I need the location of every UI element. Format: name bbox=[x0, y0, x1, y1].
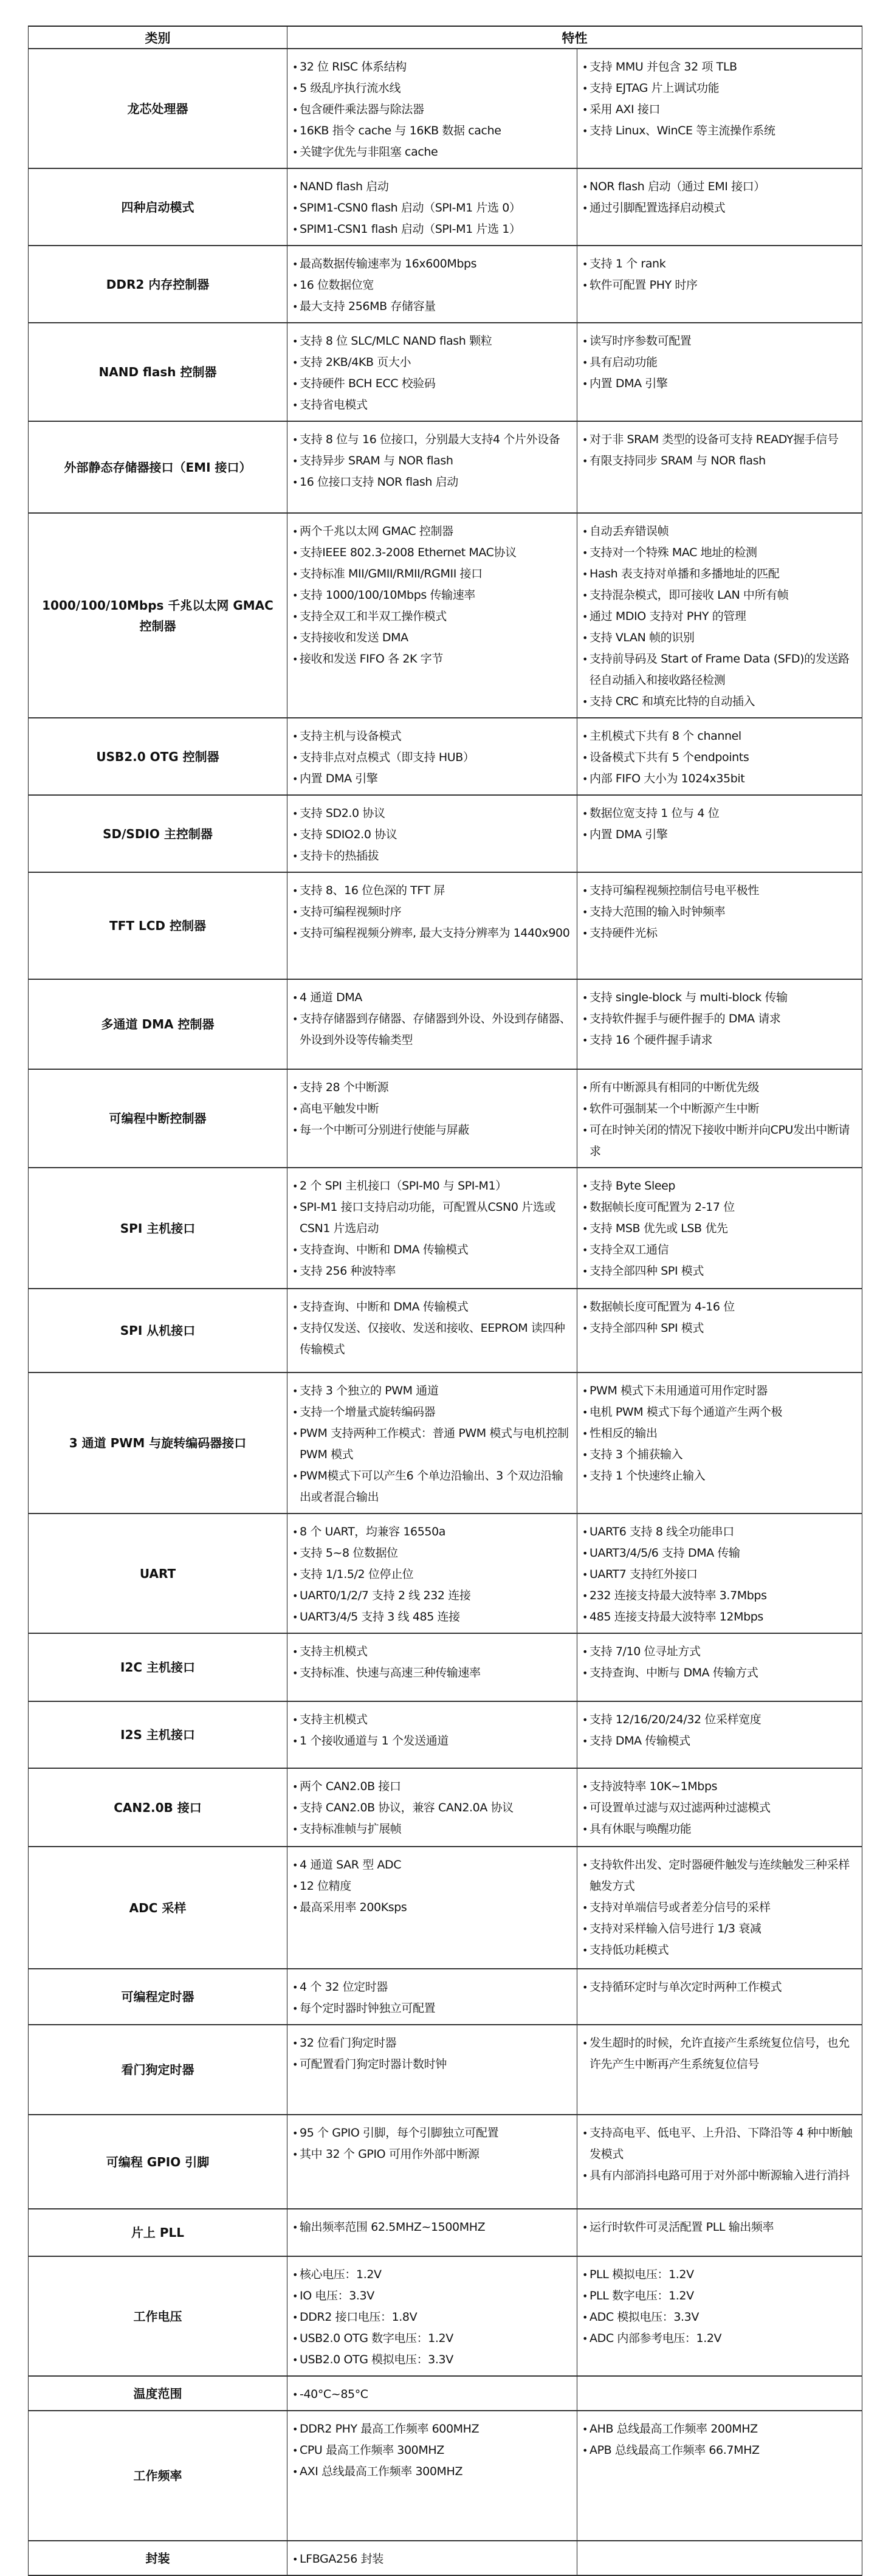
feature-item: 支持 VLAN 帧的识别 bbox=[582, 627, 858, 649]
feature-item: UART0/1/2/7 支持 2 线 232 连接 bbox=[292, 1585, 573, 1607]
feature-list-left: 支持 8 位 SLC/MLC NAND flash 颗粒支持 2KB/4KB 页… bbox=[292, 331, 573, 416]
feature-item: DDR2 PHY 最高工作频率 600MHZ bbox=[292, 2419, 573, 2440]
features-right-cell: 支持波特率 10K~1Mbps可设置单过滤与双过滤两种过滤模式具有休眠与唤醒功能 bbox=[577, 1768, 862, 1847]
feature-item: 支持 DMA 传输模式 bbox=[582, 1731, 858, 1752]
feature-item: 4 通道 DMA bbox=[292, 987, 573, 1008]
feature-list-right: 对于非 SRAM 类型的设备可支持 READY握手信号有限支持同步 SRAM 与… bbox=[582, 429, 858, 472]
features-right-cell: NOR flash 启动（通过 EMI 接口）通过引脚配置选择启动模式 bbox=[577, 168, 862, 246]
feature-item: 支持 7/10 位寻址方式 bbox=[582, 1641, 858, 1662]
features-left-cell: LFBGA256 封装 bbox=[287, 2541, 577, 2575]
feature-item: 支持省电模式 bbox=[292, 394, 573, 416]
feature-item: LFBGA256 封装 bbox=[292, 2549, 573, 2570]
feature-list-left: 支持主机模式1 个接收通道与 1 个发送通道 bbox=[292, 1709, 573, 1752]
feature-item: 内置 DMA 引擎 bbox=[292, 768, 573, 790]
table-row: 工作频率 DDR2 PHY 最高工作频率 600MHZCPU 最高工作频率 30… bbox=[29, 2411, 862, 2541]
feature-item: 支持可编程视频时序 bbox=[292, 901, 573, 923]
feature-list-left: 支持主机模式支持标准、快速与高速三种传输速率 bbox=[292, 1641, 573, 1684]
feature-list-left: 支持主机与设备模式支持非点对点模式（即支持 HUB）内置 DMA 引擎 bbox=[292, 726, 573, 790]
feature-list-right: 所有中断源具有相同的中断优先级软件可强制某一个中断源产生中断可在时钟关闭的情况下… bbox=[582, 1077, 858, 1162]
features-left-cell: 支持 28 个中断源高电平触发中断每一个中断可分别进行使能与屏蔽 bbox=[287, 1069, 577, 1168]
feature-list-left: DDR2 PHY 最高工作频率 600MHZCPU 最高工作频率 300MHZA… bbox=[292, 2419, 573, 2482]
feature-item: AHB 总线最高工作频率 200MHZ bbox=[582, 2419, 858, 2440]
feature-item: 采用 AXI 接口 bbox=[582, 99, 858, 120]
feature-item: 支持 MSB 优先或 LSB 优先 bbox=[582, 1218, 858, 1239]
feature-item: 95 个 GPIO 引脚，每个引脚独立可配置 bbox=[292, 2123, 573, 2144]
feature-item: 支持软件握手与硬件握手的 DMA 请求 bbox=[582, 1008, 858, 1030]
feature-item: 232 连接支持最大波特率 3.7Mbps bbox=[582, 1585, 858, 1607]
feature-item: 支持 2KB/4KB 页大小 bbox=[292, 352, 573, 373]
table-row: 可编程定时器 4 个 32 位定时器每个定时器时钟独立可配置 支持循环定时与单次… bbox=[29, 1969, 862, 2025]
header-row: 类别 特性 bbox=[29, 26, 862, 49]
table-row: CAN2.0B 接口 两个 CAN2.0B 接口支持 CAN2.0B 协议，兼容… bbox=[29, 1768, 862, 1847]
feature-list-right: 数据位宽支持 1 位与 4 位内置 DMA 引擎 bbox=[582, 803, 858, 845]
feature-item: PWM模式下可以产生6 个单边沿输出、3 个双边沿输出或者混合输出 bbox=[292, 1465, 573, 1508]
feature-item: 所有中断源具有相同的中断优先级 bbox=[582, 1077, 858, 1098]
feature-item: 支持标准 MII/GMII/RMII/RGMII 接口 bbox=[292, 563, 573, 585]
feature-list-right: 支持 MMU 并包含 32 项 TLB支持 EJTAG 片上调试功能采用 AXI… bbox=[582, 57, 858, 142]
category-cell: 3 通道 PWM 与旋转编码器接口 bbox=[29, 1372, 287, 1514]
feature-list-left: 4 通道 DMA支持存储器到存储器、存储器到外设、外设到存储器、外设到外设等传输… bbox=[292, 987, 573, 1051]
category-cell: NAND flash 控制器 bbox=[29, 323, 287, 421]
feature-item: AXI 总线最高工作频率 300MHZ bbox=[292, 2461, 573, 2482]
feature-item: 内置 DMA 引擎 bbox=[582, 824, 858, 845]
feature-item: 支持低功耗模式 bbox=[582, 1940, 858, 1961]
features-left-cell: NAND flash 启动SPIM1-CSN0 flash 启动（SPI-M1 … bbox=[287, 168, 577, 246]
feature-item: 支持硬件 BCH ECC 校验码 bbox=[292, 373, 573, 394]
feature-item: 支持对一个特殊 MAC 地址的检测 bbox=[582, 542, 858, 563]
features-right-cell: AHB 总线最高工作频率 200MHZAPB 总线最高工作频率 66.7MHZ bbox=[577, 2411, 862, 2541]
feature-item: 通过 MDIO 支持对 PHY 的管理 bbox=[582, 606, 858, 627]
feature-list-left: 最高数据传输速率为 16x600Mbps16 位数据位宽最大支持 256MB 存… bbox=[292, 253, 573, 317]
table-row: NAND flash 控制器 支持 8 位 SLC/MLC NAND flash… bbox=[29, 323, 862, 421]
features-left-cell: 输出频率范围 62.5MHZ~1500MHZ bbox=[287, 2209, 577, 2256]
feature-item: 电机 PWM 模式下每个通道产生两个极 bbox=[582, 1402, 858, 1423]
feature-item: 可配置看门狗定时器计数时钟 bbox=[292, 2054, 573, 2075]
features-right-cell: PLL 模拟电压：1.2VPLL 数字电压：1.2VADC 模拟电压：3.3VA… bbox=[577, 2256, 862, 2376]
feature-item: 支持大范围的输入时钟频率 bbox=[582, 901, 858, 923]
features-left-cell: 支持主机与设备模式支持非点对点模式（即支持 HUB）内置 DMA 引擎 bbox=[287, 718, 577, 795]
feature-list-left: 支持 8、16 位色深的 TFT 屏支持可编程视频时序支持可编程视频分辨率, 最… bbox=[292, 880, 573, 944]
category-cell: CAN2.0B 接口 bbox=[29, 1768, 287, 1847]
feature-list-left: -40°C~85°C bbox=[292, 2384, 573, 2405]
feature-item: 支持可编程视频分辨率, 最大支持分辨率为 1440x900 bbox=[292, 923, 573, 944]
feature-item: 内置 DMA 引擎 bbox=[582, 373, 858, 394]
category-cell: 多通道 DMA 控制器 bbox=[29, 979, 287, 1069]
feature-item: 最大支持 256MB 存储容量 bbox=[292, 296, 573, 317]
feature-item: 支持 SDIO2.0 协议 bbox=[292, 824, 573, 845]
header-features: 特性 bbox=[287, 26, 862, 49]
category-cell: I2C 主机接口 bbox=[29, 1633, 287, 1701]
table-row: USB2.0 OTG 控制器 支持主机与设备模式支持非点对点模式（即支持 HUB… bbox=[29, 718, 862, 795]
feature-item: 支持 8 位 SLC/MLC NAND flash 颗粒 bbox=[292, 331, 573, 352]
features-left-cell: 32 位 RISC 体系结构5 级乱序执行流水线包含硬件乘法器与除法器16KB … bbox=[287, 49, 577, 168]
feature-item: SPI-M1 接口支持启动功能，可配置从CSN0 片选或 CSN1 片选启动 bbox=[292, 1197, 573, 1239]
category-cell: 龙芯处理器 bbox=[29, 49, 287, 168]
feature-list-left: 输出频率范围 62.5MHZ~1500MHZ bbox=[292, 2217, 573, 2238]
feature-item: 支持查询、中断与 DMA 传输方式 bbox=[582, 1662, 858, 1684]
feature-item: 支持主机与设备模式 bbox=[292, 726, 573, 747]
feature-list-right: 支持循环定时与单次定时两种工作模式 bbox=[582, 1977, 858, 1998]
feature-item: 支持对采样输入信号进行 1/3 衰减 bbox=[582, 1918, 858, 1940]
feature-list-right: 支持 Byte Sleep数据帧长度可配置为 2-17 位支持 MSB 优先或 … bbox=[582, 1176, 858, 1282]
table-row: 多通道 DMA 控制器 4 通道 DMA支持存储器到存储器、存储器到外设、外设到… bbox=[29, 979, 862, 1069]
category-cell: SPI 从机接口 bbox=[29, 1289, 287, 1372]
table-row: 工作电压 核心电压：1.2VIO 电压：3.3VDDR2 接口电压：1.8VUS… bbox=[29, 2256, 862, 2376]
feature-item: USB2.0 OTG 数字电压：1.2V bbox=[292, 2328, 573, 2349]
feature-list-right: 支持 12/16/20/24/32 位采样宽度支持 DMA 传输模式 bbox=[582, 1709, 858, 1752]
feature-item: -40°C~85°C bbox=[292, 2384, 573, 2405]
features-left-cell: 两个 CAN2.0B 接口支持 CAN2.0B 协议，兼容 CAN2.0A 协议… bbox=[287, 1768, 577, 1847]
features-right-cell: 支持 12/16/20/24/32 位采样宽度支持 DMA 传输模式 bbox=[577, 1701, 862, 1768]
feature-item: 支持 CAN2.0B 协议，兼容 CAN2.0A 协议 bbox=[292, 1797, 573, 1819]
feature-item: 支持 CRC 和填充比特的自动插入 bbox=[582, 691, 858, 712]
features-right-cell: 发生超时的时候，允许直接产生系统复位信号，也允许先产生中断再产生系统复位信号 bbox=[577, 2025, 862, 2115]
feature-item: 可在时钟关闭的情况下接收中断并向CPU发出中断请求 bbox=[582, 1120, 858, 1162]
feature-item: 支持循环定时与单次定时两种工作模式 bbox=[582, 1977, 858, 1998]
feature-item: 支持接收和发送 DMA bbox=[292, 627, 573, 649]
feature-item: 关键字优先与非阻塞 cache bbox=[292, 142, 573, 163]
features-left-cell: 支持 3 个独立的 PWM 通道支持一个增量式旋转编码器PWM 支持两种工作模式… bbox=[287, 1372, 577, 1514]
feature-item: ADC 内部参考电压：1.2V bbox=[582, 2328, 858, 2349]
feature-list-left: 支持查询、中断和 DMA 传输模式支持仅发送、仅接收、发送和接收、EEPROM … bbox=[292, 1297, 573, 1360]
features-left-cell: 支持 8、16 位色深的 TFT 屏支持可编程视频时序支持可编程视频分辨率, 最… bbox=[287, 872, 577, 979]
features-left-cell: 支持查询、中断和 DMA 传输模式支持仅发送、仅接收、发送和接收、EEPROM … bbox=[287, 1289, 577, 1372]
features-left-cell: 支持主机模式支持标准、快速与高速三种传输速率 bbox=[287, 1633, 577, 1701]
table-row: UART 8 个 UART，均兼容 16550a支持 5~8 位数据位支持 1/… bbox=[29, 1514, 862, 1633]
feature-list-right: 发生超时的时候，允许直接产生系统复位信号，也允许先产生中断再产生系统复位信号 bbox=[582, 2033, 858, 2075]
features-left-cell: 支持 SD2.0 协议支持 SDIO2.0 协议支持卡的热插拔 bbox=[287, 795, 577, 872]
feature-item: 支持前导码及 Start of Frame Data (SFD)的发送路径自动插… bbox=[582, 649, 858, 691]
table-row: 可编程中断控制器 支持 28 个中断源高电平触发中断每一个中断可分别进行使能与屏… bbox=[29, 1069, 862, 1168]
category-cell: 片上 PLL bbox=[29, 2209, 287, 2256]
feature-item: APB 总线最高工作频率 66.7MHZ bbox=[582, 2440, 858, 2461]
table-row: 3 通道 PWM 与旋转编码器接口 支持 3 个独立的 PWM 通道支持一个增量… bbox=[29, 1372, 862, 1514]
feature-item: 32 位看门狗定时器 bbox=[292, 2033, 573, 2054]
feature-list-left: 4 个 32 位定时器每个定时器时钟独立可配置 bbox=[292, 1977, 573, 2019]
feature-item: 4 个 32 位定时器 bbox=[292, 1977, 573, 1998]
feature-item: 内部 FIFO 大小为 1024x35bit bbox=[582, 768, 858, 790]
category-cell: TFT LCD 控制器 bbox=[29, 872, 287, 979]
category-cell: I2S 主机接口 bbox=[29, 1701, 287, 1768]
feature-item: 读写时序参数可配置 bbox=[582, 331, 858, 352]
features-right-cell: 读写时序参数可配置具有启动功能内置 DMA 引擎 bbox=[577, 323, 862, 421]
feature-item: NOR flash 启动（通过 EMI 接口） bbox=[582, 176, 858, 198]
feature-item: 支持全部四种 SPI 模式 bbox=[582, 1318, 858, 1339]
feature-item: 有限支持同步 SRAM 与 NOR flash bbox=[582, 450, 858, 472]
category-cell: SPI 主机接口 bbox=[29, 1168, 287, 1289]
feature-list-right: PLL 模拟电压：1.2VPLL 数字电压：1.2VADC 模拟电压：3.3VA… bbox=[582, 2264, 858, 2349]
feature-item: IO 电压：3.3V bbox=[292, 2285, 573, 2307]
feature-item: ADC 模拟电压：3.3V bbox=[582, 2307, 858, 2328]
feature-item: PWM 模式下未用通道可用作定时器 bbox=[582, 1380, 858, 1402]
feature-list-left: 32 位 RISC 体系结构5 级乱序执行流水线包含硬件乘法器与除法器16KB … bbox=[292, 57, 573, 163]
feature-item: 支持 3 个独立的 PWM 通道 bbox=[292, 1380, 573, 1402]
feature-list-left: LFBGA256 封装 bbox=[292, 2549, 573, 2570]
feature-item: 具有启动功能 bbox=[582, 352, 858, 373]
spec-sheet: 类别 特性 龙芯处理器 32 位 RISC 体系结构5 级乱序执行流水线包含硬件… bbox=[28, 26, 862, 2576]
feature-item: 包含硬件乘法器与除法器 bbox=[292, 99, 573, 120]
features-right-cell: 数据帧长度可配置为 4-16 位支持全部四种 SPI 模式 bbox=[577, 1289, 862, 1372]
table-row: 外部静态存储器接口（EMI 接口） 支持 8 位与 16 位接口，分别最大支持4… bbox=[29, 421, 862, 513]
feature-item: 支持 8 位与 16 位接口，分别最大支持4 个片外设备 bbox=[292, 429, 573, 450]
feature-item: 支持一个增量式旋转编码器 bbox=[292, 1402, 573, 1423]
feature-list-right: 运行时软件可灵活配置 PLL 输出频率 bbox=[582, 2217, 858, 2238]
table-row: SPI 主机接口 2 个 SPI 主机接口（SPI-M0 与 SPI-M1）SP… bbox=[29, 1168, 862, 1289]
feature-item: 最高数据传输速率为 16x600Mbps bbox=[292, 253, 573, 275]
table-row: I2S 主机接口 支持主机模式1 个接收通道与 1 个发送通道 支持 12/16… bbox=[29, 1701, 862, 1768]
feature-item: 支持 1 个快速终止输入 bbox=[582, 1465, 858, 1487]
feature-item: 支持 1 个 rank bbox=[582, 253, 858, 275]
feature-list-left: 8 个 UART，均兼容 16550a支持 5~8 位数据位支持 1/1.5/2… bbox=[292, 1521, 573, 1628]
feature-list-left: 32 位看门狗定时器可配置看门狗定时器计数时钟 bbox=[292, 2033, 573, 2075]
features-left-cell: 4 通道 DMA支持存储器到存储器、存储器到外设、外设到存储器、外设到外设等传输… bbox=[287, 979, 577, 1069]
table-row: 龙芯处理器 32 位 RISC 体系结构5 级乱序执行流水线包含硬件乘法器与除法… bbox=[29, 49, 862, 168]
feature-item: 支持全双工和半双工操作模式 bbox=[292, 606, 573, 627]
features-left-cell: DDR2 PHY 最高工作频率 600MHZCPU 最高工作频率 300MHZA… bbox=[287, 2411, 577, 2541]
feature-item: UART6 支持 8 线全功能串口 bbox=[582, 1521, 858, 1543]
feature-list-right: PWM 模式下未用通道可用作定时器电机 PWM 模式下每个通道产生两个极性相反的… bbox=[582, 1380, 858, 1487]
feature-list-left: 支持 28 个中断源高电平触发中断每一个中断可分别进行使能与屏蔽 bbox=[292, 1077, 573, 1141]
table-row: 封装 LFBGA256 封装 bbox=[29, 2541, 862, 2575]
feature-list-right: UART6 支持 8 线全功能串口UART3/4/5/6 支持 DMA 传输UA… bbox=[582, 1521, 858, 1628]
feature-list-left: 支持 8 位与 16 位接口，分别最大支持4 个片外设备支持异步 SRAM 与 … bbox=[292, 429, 573, 493]
feature-item: 支持 256 种波特率 bbox=[292, 1261, 573, 1282]
feature-list-right: 数据帧长度可配置为 4-16 位支持全部四种 SPI 模式 bbox=[582, 1297, 858, 1339]
category-cell: 看门狗定时器 bbox=[29, 2025, 287, 2115]
feature-item: 支持 5~8 位数据位 bbox=[292, 1543, 573, 1564]
feature-list-right: 主机模式下共有 8 个 channel设备模式下共有 5 个endpoints内… bbox=[582, 726, 858, 790]
feature-item: 运行时软件可灵活配置 PLL 输出频率 bbox=[582, 2217, 858, 2238]
feature-item: 支持 single-block 与 multi-block 传输 bbox=[582, 987, 858, 1008]
features-left-cell: 支持 8 位与 16 位接口，分别最大支持4 个片外设备支持异步 SRAM 与 … bbox=[287, 421, 577, 513]
features-right-cell: 对于非 SRAM 类型的设备可支持 READY握手信号有限支持同步 SRAM 与… bbox=[577, 421, 862, 513]
feature-item: 数据帧长度可配置为 2-17 位 bbox=[582, 1197, 858, 1218]
feature-item: 支持 8、16 位色深的 TFT 屏 bbox=[292, 880, 573, 901]
category-cell: 1000/100/10Mbps 千兆以太网 GMAC 控制器 bbox=[29, 513, 287, 718]
feature-item: 支持异步 SRAM 与 NOR flash bbox=[292, 450, 573, 472]
feature-item: 支持存储器到存储器、存储器到外设、外设到存储器、外设到外设等传输类型 bbox=[292, 1008, 573, 1051]
features-right-cell: 支持循环定时与单次定时两种工作模式 bbox=[577, 1969, 862, 2025]
features-right-cell bbox=[577, 2376, 862, 2411]
feature-item: 设备模式下共有 5 个endpoints bbox=[582, 747, 858, 768]
features-left-cell: 核心电压：1.2VIO 电压：3.3VDDR2 接口电压：1.8VUSB2.0 … bbox=[287, 2256, 577, 2376]
category-cell: 封装 bbox=[29, 2541, 287, 2575]
feature-item: 支持 Linux、WinCE 等主流操作系统 bbox=[582, 120, 858, 142]
feature-list-right: 支持软件出发、定时器硬件触发与连续触发三种采样触发方式支持对单端信号或者差分信号… bbox=[582, 1855, 858, 1961]
category-cell: 温度范围 bbox=[29, 2376, 287, 2411]
category-cell: ADC 采样 bbox=[29, 1847, 287, 1969]
features-left-cell: 支持主机模式1 个接收通道与 1 个发送通道 bbox=[287, 1701, 577, 1768]
table-row: 1000/100/10Mbps 千兆以太网 GMAC 控制器 两个千兆以太网 G… bbox=[29, 513, 862, 718]
feature-item: 支持仅发送、仅接收、发送和接收、EEPROM 读四种传输模式 bbox=[292, 1318, 573, 1360]
feature-item: 2 个 SPI 主机接口（SPI-M0 与 SPI-M1） bbox=[292, 1176, 573, 1197]
feature-item: UART3/4/5 支持 3 线 485 连接 bbox=[292, 1607, 573, 1628]
feature-item: Hash 表支持对单播和多播地址的匹配 bbox=[582, 563, 858, 585]
feature-item: 支持软件出发、定时器硬件触发与连续触发三种采样触发方式 bbox=[582, 1855, 858, 1897]
feature-list-right: 支持高电平、低电平、上升沿、下降沿等 4 种中断触发模式具有内部消抖电路可用于对… bbox=[582, 2123, 858, 2186]
feature-item: 支持可编程视频控制信号电平极性 bbox=[582, 880, 858, 901]
feature-item: 485 连接支持最大波特率 12Mbps bbox=[582, 1607, 858, 1628]
feature-item: 输出频率范围 62.5MHZ~1500MHZ bbox=[292, 2217, 573, 2238]
table-row: 可编程 GPIO 引脚 95 个 GPIO 引脚，每个引脚独立可配置其中 32 … bbox=[29, 2115, 862, 2209]
feature-item: SPIM1-CSN1 flash 启动（SPI-M1 片选 1） bbox=[292, 219, 573, 240]
feature-item: CPU 最高工作频率 300MHZ bbox=[292, 2440, 573, 2461]
feature-list-right: 支持波特率 10K~1Mbps可设置单过滤与双过滤两种过滤模式具有休眠与唤醒功能 bbox=[582, 1776, 858, 1840]
feature-list-left: 两个 CAN2.0B 接口支持 CAN2.0B 协议，兼容 CAN2.0A 协议… bbox=[292, 1776, 573, 1840]
feature-list-right: 支持 1 个 rank软件可配置 PHY 时序 bbox=[582, 253, 858, 296]
feature-list-left: 4 通道 SAR 型 ADC12 位精度最高采用率 200Ksps bbox=[292, 1855, 573, 1918]
feature-list-left: 核心电压：1.2VIO 电压：3.3VDDR2 接口电压：1.8VUSB2.0 … bbox=[292, 2264, 573, 2371]
features-right-cell: UART6 支持 8 线全功能串口UART3/4/5/6 支持 DMA 传输UA… bbox=[577, 1514, 862, 1633]
feature-list-right: NOR flash 启动（通过 EMI 接口）通过引脚配置选择启动模式 bbox=[582, 176, 858, 219]
feature-item: 支持波特率 10K~1Mbps bbox=[582, 1776, 858, 1797]
table-row: SPI 从机接口 支持查询、中断和 DMA 传输模式支持仅发送、仅接收、发送和接… bbox=[29, 1289, 862, 1372]
feature-list-left: 95 个 GPIO 引脚，每个引脚独立可配置其中 32 个 GPIO 可用作外部… bbox=[292, 2123, 573, 2165]
feature-list-right: 支持 single-block 与 multi-block 传输支持软件握手与硬… bbox=[582, 987, 858, 1051]
features-left-cell: 95 个 GPIO 引脚，每个引脚独立可配置其中 32 个 GPIO 可用作外部… bbox=[287, 2115, 577, 2209]
features-right-cell bbox=[577, 2541, 862, 2575]
feature-item: 支持对单端信号或者差分信号的采样 bbox=[582, 1897, 858, 1918]
category-cell: 可编程定时器 bbox=[29, 1969, 287, 2025]
feature-item: 支持 SD2.0 协议 bbox=[292, 803, 573, 824]
feature-item: 支持硬件光标 bbox=[582, 923, 858, 944]
table-row: 看门狗定时器 32 位看门狗定时器可配置看门狗定时器计数时钟 发生超时的时候，允… bbox=[29, 2025, 862, 2115]
features-right-cell: 支持高电平、低电平、上升沿、下降沿等 4 种中断触发模式具有内部消抖电路可用于对… bbox=[577, 2115, 862, 2209]
feature-item: 支持标准、快速与高速三种传输速率 bbox=[292, 1662, 573, 1684]
feature-item: 16KB 指令 cache 与 16KB 数据 cache bbox=[292, 120, 573, 142]
feature-item: 支持主机模式 bbox=[292, 1641, 573, 1662]
feature-item: 其中 32 个 GPIO 可用作外部中断源 bbox=[292, 2144, 573, 2165]
feature-item: 具有休眠与唤醒功能 bbox=[582, 1819, 858, 1840]
features-right-cell: 自动丢弃错误帧支持对一个特殊 MAC 地址的检测Hash 表支持对单播和多播地址… bbox=[577, 513, 862, 718]
table-row: I2C 主机接口 支持主机模式支持标准、快速与高速三种传输速率 支持 7/10 … bbox=[29, 1633, 862, 1701]
features-left-cell: 最高数据传输速率为 16x600Mbps16 位数据位宽最大支持 256MB 存… bbox=[287, 246, 577, 323]
feature-item: 5 级乱序执行流水线 bbox=[292, 78, 573, 99]
header-category: 类别 bbox=[29, 26, 287, 49]
feature-item: 支持 1000/100/10Mbps 传输速率 bbox=[292, 585, 573, 606]
feature-item: 高电平触发中断 bbox=[292, 1098, 573, 1120]
feature-item: 接收和发送 FIFO 各 2K 字节 bbox=[292, 649, 573, 670]
feature-item: 32 位 RISC 体系结构 bbox=[292, 57, 573, 78]
features-left-cell: 4 通道 SAR 型 ADC12 位精度最高采用率 200Ksps bbox=[287, 1847, 577, 1969]
feature-item: PLL 模拟电压：1.2V bbox=[582, 2264, 858, 2285]
feature-item: 每一个中断可分别进行使能与屏蔽 bbox=[292, 1120, 573, 1141]
feature-item: 支持IEEE 802.3-2008 Ethernet MAC协议 bbox=[292, 542, 573, 563]
features-right-cell: 数据位宽支持 1 位与 4 位内置 DMA 引擎 bbox=[577, 795, 862, 872]
features-left-cell: -40°C~85°C bbox=[287, 2376, 577, 2411]
feature-list-left: 两个千兆以太网 GMAC 控制器支持IEEE 802.3-2008 Ethern… bbox=[292, 521, 573, 670]
table-row: ADC 采样 4 通道 SAR 型 ADC12 位精度最高采用率 200Ksps… bbox=[29, 1847, 862, 1969]
feature-list-left: NAND flash 启动SPIM1-CSN0 flash 启动（SPI-M1 … bbox=[292, 176, 573, 240]
table-row: 四种启动模式 NAND flash 启动SPIM1-CSN0 flash 启动（… bbox=[29, 168, 862, 246]
feature-list-right: 读写时序参数可配置具有启动功能内置 DMA 引擎 bbox=[582, 331, 858, 394]
feature-list-right: AHB 总线最高工作频率 200MHZAPB 总线最高工作频率 66.7MHZ bbox=[582, 2419, 858, 2461]
feature-item: 支持混杂模式，即可接收 LAN 中所有帧 bbox=[582, 585, 858, 606]
feature-item: 支持非点对点模式（即支持 HUB） bbox=[292, 747, 573, 768]
features-right-cell: 支持软件出发、定时器硬件触发与连续触发三种采样触发方式支持对单端信号或者差分信号… bbox=[577, 1847, 862, 1969]
feature-item: 每个定时器时钟独立可配置 bbox=[292, 1998, 573, 2019]
feature-item: SPIM1-CSN0 flash 启动（SPI-M1 片选 0） bbox=[292, 198, 573, 219]
feature-item: 发生超时的时候，允许直接产生系统复位信号，也允许先产生中断再产生系统复位信号 bbox=[582, 2033, 858, 2075]
table-row: DDR2 内存控制器 最高数据传输速率为 16x600Mbps16 位数据位宽最… bbox=[29, 246, 862, 323]
category-cell: 外部静态存储器接口（EMI 接口） bbox=[29, 421, 287, 513]
feature-item: 支持标准帧与扩展帧 bbox=[292, 1819, 573, 1840]
table-row: 片上 PLL 输出频率范围 62.5MHZ~1500MHZ 运行时软件可灵活配置… bbox=[29, 2209, 862, 2256]
feature-item: 支持 1/1.5/2 位停止位 bbox=[292, 1564, 573, 1585]
features-right-cell: 主机模式下共有 8 个 channel设备模式下共有 5 个endpoints内… bbox=[577, 718, 862, 795]
features-left-cell: 8 个 UART，均兼容 16550a支持 5~8 位数据位支持 1/1.5/2… bbox=[287, 1514, 577, 1633]
features-right-cell: 所有中断源具有相同的中断优先级软件可强制某一个中断源产生中断可在时钟关闭的情况下… bbox=[577, 1069, 862, 1168]
table-row: SD/SDIO 主控制器 支持 SD2.0 协议支持 SDIO2.0 协议支持卡… bbox=[29, 795, 862, 872]
category-cell: 工作电压 bbox=[29, 2256, 287, 2376]
category-cell: 可编程中断控制器 bbox=[29, 1069, 287, 1168]
features-right-cell: 支持 single-block 与 multi-block 传输支持软件握手与硬… bbox=[577, 979, 862, 1069]
feature-item: 主机模式下共有 8 个 channel bbox=[582, 726, 858, 747]
category-cell: USB2.0 OTG 控制器 bbox=[29, 718, 287, 795]
feature-item: 支持高电平、低电平、上升沿、下降沿等 4 种中断触发模式 bbox=[582, 2123, 858, 2165]
category-cell: 四种启动模式 bbox=[29, 168, 287, 246]
feature-list-left: 支持 SD2.0 协议支持 SDIO2.0 协议支持卡的热插拔 bbox=[292, 803, 573, 867]
feature-item: 支持 EJTAG 片上调试功能 bbox=[582, 78, 858, 99]
feature-item: UART3/4/5/6 支持 DMA 传输 bbox=[582, 1543, 858, 1564]
feature-item: 支持 3 个捕获输入 bbox=[582, 1444, 858, 1465]
feature-item: 支持查询、中断和 DMA 传输模式 bbox=[292, 1239, 573, 1261]
feature-item: NAND flash 启动 bbox=[292, 176, 573, 198]
category-cell: UART bbox=[29, 1514, 287, 1633]
feature-item: 软件可配置 PHY 时序 bbox=[582, 275, 858, 296]
feature-item: 数据位宽支持 1 位与 4 位 bbox=[582, 803, 858, 824]
feature-item: 支持主机模式 bbox=[292, 1709, 573, 1731]
feature-list-left: 2 个 SPI 主机接口（SPI-M0 与 SPI-M1）SPI-M1 接口支持… bbox=[292, 1176, 573, 1282]
feature-item: 1 个接收通道与 1 个发送通道 bbox=[292, 1731, 573, 1752]
features-right-cell: 支持 Byte Sleep数据帧长度可配置为 2-17 位支持 MSB 优先或 … bbox=[577, 1168, 862, 1289]
feature-item: 核心电压：1.2V bbox=[292, 2264, 573, 2285]
features-left-cell: 2 个 SPI 主机接口（SPI-M0 与 SPI-M1）SPI-M1 接口支持… bbox=[287, 1168, 577, 1289]
feature-item: 16 位接口支持 NOR flash 启动 bbox=[292, 472, 573, 493]
table-row: 温度范围 -40°C~85°C bbox=[29, 2376, 862, 2411]
feature-item: DDR2 接口电压：1.8V bbox=[292, 2307, 573, 2328]
feature-list-left: 支持 3 个独立的 PWM 通道支持一个增量式旋转编码器PWM 支持两种工作模式… bbox=[292, 1380, 573, 1508]
table-body: 龙芯处理器 32 位 RISC 体系结构5 级乱序执行流水线包含硬件乘法器与除法… bbox=[29, 49, 862, 2575]
feature-list-right: 支持 7/10 位寻址方式支持查询、中断与 DMA 传输方式 bbox=[582, 1641, 858, 1684]
feature-item: 支持查询、中断和 DMA 传输模式 bbox=[292, 1297, 573, 1318]
feature-item: 支持 16 个硬件握手请求 bbox=[582, 1030, 858, 1051]
feature-item: PLL 数字电压：1.2V bbox=[582, 2285, 858, 2307]
features-left-cell: 支持 8 位 SLC/MLC NAND flash 颗粒支持 2KB/4KB 页… bbox=[287, 323, 577, 421]
feature-item: 两个千兆以太网 GMAC 控制器 bbox=[292, 521, 573, 542]
feature-item: 数据帧长度可配置为 4-16 位 bbox=[582, 1297, 858, 1318]
feature-item: 性相反的输出 bbox=[582, 1423, 858, 1444]
feature-item: 16 位数据位宽 bbox=[292, 275, 573, 296]
spec-table: 类别 特性 龙芯处理器 32 位 RISC 体系结构5 级乱序执行流水线包含硬件… bbox=[28, 26, 862, 2576]
features-right-cell: 支持可编程视频控制信号电平极性支持大范围的输入时钟频率支持硬件光标 bbox=[577, 872, 862, 979]
feature-item: 支持 28 个中断源 bbox=[292, 1077, 573, 1098]
feature-item: 两个 CAN2.0B 接口 bbox=[292, 1776, 573, 1797]
features-left-cell: 4 个 32 位定时器每个定时器时钟独立可配置 bbox=[287, 1969, 577, 2025]
feature-item: 12 位精度 bbox=[292, 1876, 573, 1897]
feature-item: 支持 MMU 并包含 32 项 TLB bbox=[582, 57, 858, 78]
features-left-cell: 32 位看门狗定时器可配置看门狗定时器计数时钟 bbox=[287, 2025, 577, 2115]
category-cell: SD/SDIO 主控制器 bbox=[29, 795, 287, 872]
feature-list-right: 支持可编程视频控制信号电平极性支持大范围的输入时钟频率支持硬件光标 bbox=[582, 880, 858, 944]
feature-item: 4 通道 SAR 型 ADC bbox=[292, 1855, 573, 1876]
feature-item: USB2.0 OTG 模拟电压：3.3V bbox=[292, 2349, 573, 2371]
feature-item: 自动丢弃错误帧 bbox=[582, 521, 858, 542]
feature-item: 对于非 SRAM 类型的设备可支持 READY握手信号 bbox=[582, 429, 858, 450]
feature-item: 8 个 UART，均兼容 16550a bbox=[292, 1521, 573, 1543]
feature-item: 软件可强制某一个中断源产生中断 bbox=[582, 1098, 858, 1120]
category-cell: 可编程 GPIO 引脚 bbox=[29, 2115, 287, 2209]
